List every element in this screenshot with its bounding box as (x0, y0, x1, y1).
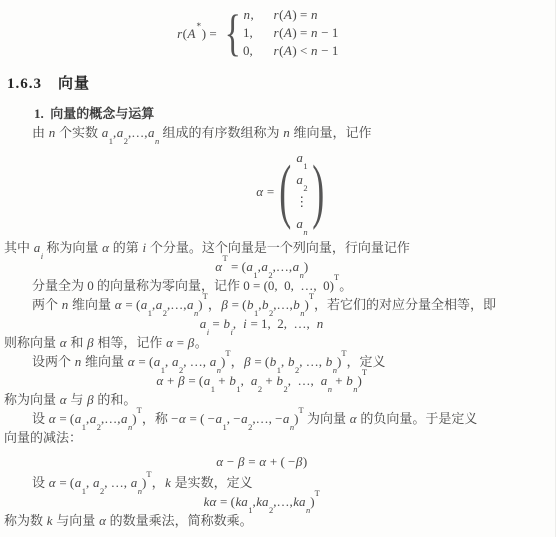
equation-vector-subtraction: α − β = α + ( −β) (0, 452, 555, 471)
textbook-page: r(A∗) = n, r(A) = n 1, r(A) = n − 1 0, r… (0, 0, 556, 537)
case-condition: r(A) < n − 1 (273, 42, 338, 60)
case-row: n, r(A) = n (243, 6, 338, 24)
para-sum-definition-intro: 设两个 n 维向量 α = (a1, a2, …, an)T，β = (b1, … (0, 352, 555, 371)
case-condition: r(A) = n − 1 (273, 24, 338, 42)
piecewise-cases: n, r(A) = n 1, r(A) = n − 1 0, r(A) < n … (243, 6, 338, 60)
vector-entries: a1 a2 ⋮ an (295, 147, 308, 235)
case-value: 1, (243, 24, 273, 42)
equation-row-vector: αT = (a1,a2,…,an) (0, 257, 555, 276)
left-brace-icon (225, 19, 241, 48)
vector-entry: an (295, 213, 308, 235)
para-scalar-intro: 设 α = (a1, a2, …, an)T，k 是实数，定义 (0, 473, 555, 492)
case-condition: r(A) = n (273, 6, 318, 24)
paren-right-icon (312, 172, 324, 210)
paren-left-icon (279, 172, 291, 210)
para-component-note: 其中 ai 称为向量 α 的第 i 个分量。这个向量是一个列向量，行向量记作 (0, 238, 555, 257)
case-value: 0, (243, 42, 273, 60)
para-equal-vectors-intro: 两个 n 维向量 α = (a1,a2,…,an)T，β = (b1,b2,…,… (0, 295, 555, 314)
case-row: 0, r(A) < n − 1 (243, 42, 338, 60)
equation-lhs: r(A∗) = (177, 24, 217, 43)
para-vector-definition: 由 n 个实数 a1,a2,…,an 组成的有序数组称为 n 维向量，记作 (0, 123, 555, 142)
para-equal-vectors-conclusion: 则称向量 α 和 β 相等，记作 α = β。 (0, 333, 555, 352)
subsection-heading: 1. 向量的概念与运算 (34, 104, 555, 123)
para-zero-vector: 分量全为 0 的向量称为零向量，记作 0 = (0, 0, …, 0)T。 (0, 276, 555, 295)
case-row: 1, r(A) = n − 1 (243, 24, 338, 42)
case-value: n, (243, 6, 273, 24)
equation-column-vector: α = a1 a2 ⋮ an (0, 147, 555, 235)
vector-entry: a2 (295, 169, 308, 191)
equation-adjoint-rank: r(A∗) = n, r(A) = n 1, r(A) = n − 1 0, r… (0, 0, 555, 60)
equation-componentwise-equal: ai = bi, i = 1, 2, …, n (0, 314, 555, 333)
para-sum-name: 称为向量 α 与 β 的和。 (0, 390, 555, 409)
para-negative-vector: 设 α = (a1,a2,…,an)T，称 −α = ( −a1, −a2,…,… (0, 409, 555, 428)
para-scalar-name: 称为数 k 与向量 α 的数量乘法，简称数乘。 (0, 511, 555, 530)
vector-entry: ⋮ (295, 191, 308, 213)
vector-lhs: α = (256, 182, 274, 201)
section-heading: 1.6.3 向量 (7, 75, 555, 93)
vector-entry: a1 (295, 147, 308, 169)
